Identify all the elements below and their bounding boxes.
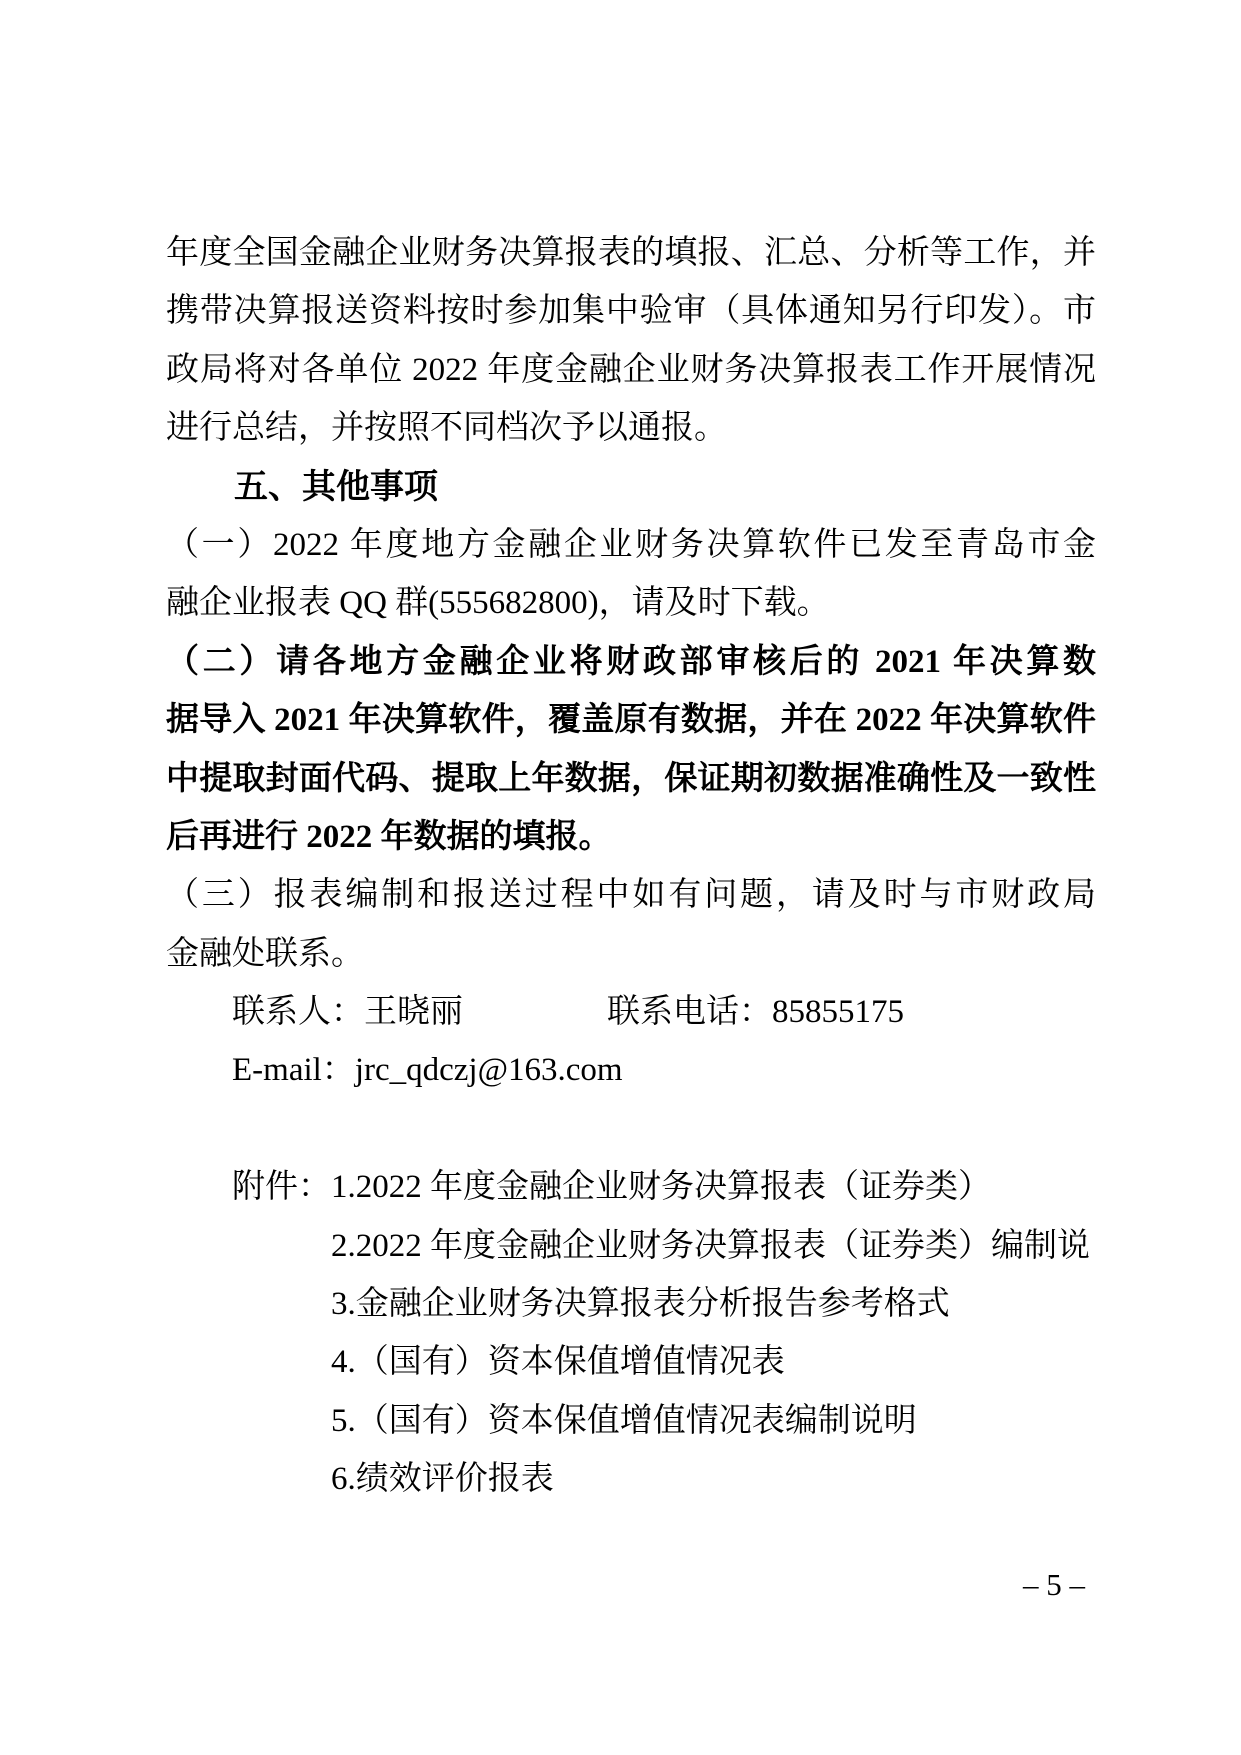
attachment-item: 3.金融企业财务决算报表分析报告参考格式 xyxy=(166,1275,1096,1333)
page-number: – 5 – xyxy=(1023,1565,1085,1605)
paragraph-line-bold: 据导入 2021 年决算软件，覆盖原有数据，并在 2022 年决算软件 xyxy=(166,691,1096,749)
attachments-line: 附件：1.2022 年度金融企业财务决算报表（证券类） xyxy=(166,1158,1096,1216)
contact-phone-number: 85855175 xyxy=(772,994,904,1030)
document-page: 年度全国金融企业财务决算报表的填报、汇总、分析等工作，并 携带决算报送资料按时参… xyxy=(0,0,1241,1755)
document-body: 年度全国金融企业财务决算报表的填报、汇总、分析等工作，并 携带决算报送资料按时参… xyxy=(166,224,1096,1509)
paragraph-line: （一）2022 年度地方金融企业财务决算软件已发至青岛市金 xyxy=(166,516,1096,574)
paragraph-line: 融企业报表 QQ 群(555682800)，请及时下载。 xyxy=(166,574,1096,632)
attachment-item: 2.2022 年度金融企业财务决算报表（证券类）编制说明 xyxy=(166,1217,1096,1275)
paragraph-line-bold: 中提取封面代码、提取上年数据，保证期初数据准确性及一致性 xyxy=(166,750,1096,808)
paragraph-line-bold: （二）请各地方金融企业将财政部审核后的 2021 年决算数 xyxy=(166,633,1096,691)
contact-spacer xyxy=(463,1021,607,1022)
contact-person-name: 王晓丽 xyxy=(364,994,463,1030)
contact-person-label: 联系人： xyxy=(232,994,364,1030)
attachments-label: 附件： xyxy=(232,1169,331,1205)
email-line: E-mail：jrc_qdczj@163.com xyxy=(166,1041,1096,1099)
attachment-item: 6.绩效评价报表 xyxy=(166,1450,1096,1508)
paragraph-line-bold: 后再进行 2022 年数据的填报。 xyxy=(166,808,1096,866)
contact-line: 联系人：王晓丽联系电话：85855175 xyxy=(166,983,1096,1041)
attachment-item: 5.（国有）资本保值增值情况表编制说明 xyxy=(166,1392,1096,1450)
section-heading: 五、其他事项 xyxy=(166,458,1096,516)
attachment-item: 4.（国有）资本保值增值情况表 xyxy=(166,1333,1096,1391)
paragraph-line: 年度全国金融企业财务决算报表的填报、汇总、分析等工作，并 xyxy=(166,224,1096,282)
email-label: E-mail： xyxy=(232,1052,355,1088)
email-value: jrc_qdczj@163.com xyxy=(355,1052,623,1088)
paragraph-line: 进行总结，并按照不同档次予以通报。 xyxy=(166,399,1096,457)
paragraph-line: 携带决算报送资料按时参加集中验审（具体通知另行印发）。市财 xyxy=(166,282,1096,340)
paragraph-line: 政局将对各单位 2022 年度金融企业财务决算报表工作开展情况 xyxy=(166,341,1096,399)
attachment-item: 1.2022 年度金融企业财务决算报表（证券类） xyxy=(331,1169,991,1205)
blank-line xyxy=(166,1100,1096,1158)
paragraph-line: 金融处联系。 xyxy=(166,925,1096,983)
contact-phone-label: 联系电话： xyxy=(607,994,772,1030)
paragraph-line: （三）报表编制和报送过程中如有问题，请及时与市财政局 xyxy=(166,866,1096,924)
